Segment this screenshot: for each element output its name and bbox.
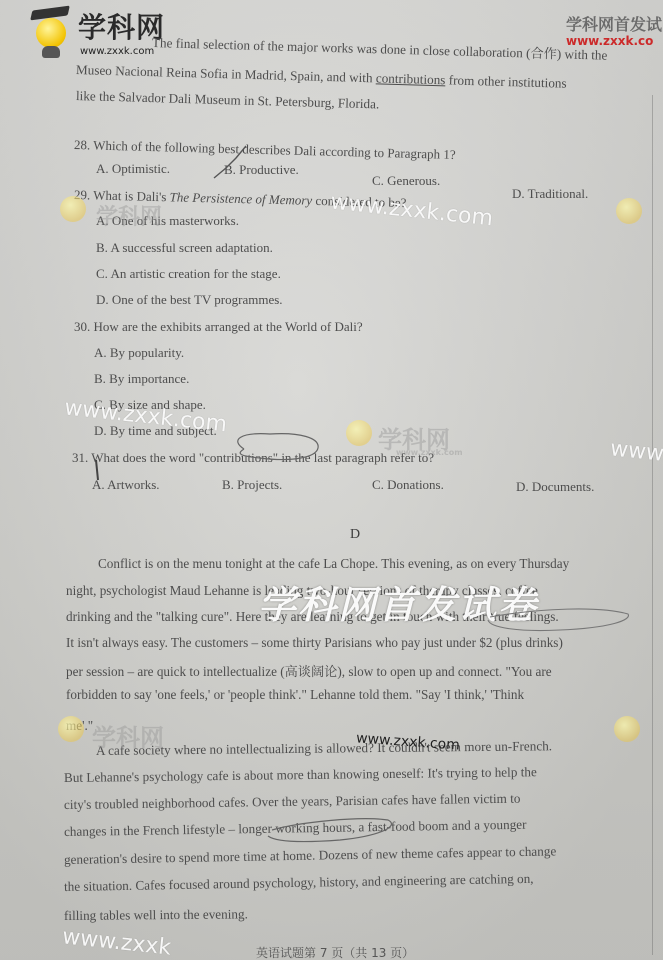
- faint-mascot-icon: [616, 198, 642, 224]
- url-watermark: www.z: [609, 436, 663, 468]
- passage-c-line-1: The final selection of the major works w…: [152, 32, 608, 64]
- passage-d-line-13: the situation. Cafes focused around psyc…: [64, 871, 534, 895]
- mascot-face-icon: [36, 18, 66, 48]
- q31-option-d: D. Documents.: [516, 479, 594, 495]
- passage-d-line-11: changes in the French lifestyle – longer…: [64, 817, 527, 840]
- passage-c-line-3: like the Salvador Dali Museum in St. Pet…: [76, 88, 380, 112]
- faint-logo-watermark: 学科网: [92, 718, 164, 753]
- passage-d-line-10: city's troubled neighborhood cafes. Over…: [64, 791, 521, 813]
- question-number: 28.: [74, 137, 91, 152]
- q28-option-a: A. Optimistic.: [96, 161, 170, 177]
- faint-mascot-icon: [58, 716, 84, 742]
- question-text: How are the exhibits arranged at the Wor…: [94, 319, 363, 334]
- faint-mascot-icon: [60, 196, 86, 222]
- page-footer: 英语试题第 7 页（共 13 页）: [256, 944, 414, 960]
- faint-logo-watermark: 学科网: [96, 200, 162, 231]
- q31-option-b: B. Projects.: [222, 477, 282, 493]
- q28-option-b: B. Productive.: [224, 162, 299, 178]
- passage-d-line-1: Conflict is on the menu tonight at the c…: [98, 556, 569, 572]
- q31-option-a: A. Artworks.: [92, 477, 160, 493]
- logo-url: www.zxxk.com: [80, 46, 154, 57]
- passage-d-line-4: It isn't always easy. The customers – so…: [66, 635, 563, 651]
- faint-mascot-icon: [346, 420, 372, 446]
- q31-option-c: C. Donations.: [372, 477, 444, 493]
- q30-option-a: A. By popularity.: [94, 345, 184, 361]
- q29-option-c: C. An artistic creation for the stage.: [96, 266, 281, 282]
- passage-d-line-6: forbidden to say 'one feels,' or 'people…: [66, 687, 524, 703]
- q29-option-d: D. One of the best TV programmes.: [96, 292, 283, 308]
- top-right-watermark-title: 学科网首发试: [566, 12, 662, 35]
- question-30-stem: 30. How are the exhibits arranged at the…: [74, 319, 363, 335]
- passage-d-line-9: But Lehanne's psychology cafe is about m…: [64, 764, 537, 786]
- q29-option-b: B. A successful screen adaptation.: [96, 240, 273, 256]
- question-text: Which of the following best describes Da…: [93, 138, 456, 162]
- banner-watermark: 学科网首发试卷: [258, 574, 538, 629]
- url-watermark: www.zxxk: [61, 924, 172, 960]
- faint-url-watermark: www.zxxk.com: [396, 448, 463, 457]
- passage-d-line-8: A cafe society where no intellectualizin…: [96, 738, 552, 759]
- q30-option-b: B. By importance.: [94, 371, 189, 387]
- passage-d-line-12: generation's desire to spend more time a…: [64, 843, 557, 868]
- q28-option-c: C. Generous.: [372, 173, 440, 189]
- mascot-body-icon: [42, 46, 60, 58]
- work-title: The Persistence of Memory: [169, 189, 312, 207]
- passage-c-text: from other institutions: [445, 72, 567, 90]
- section-letter: D: [350, 527, 360, 543]
- question-number: 31.: [72, 450, 88, 465]
- underlined-word-contributions: contributions: [376, 70, 446, 87]
- faint-mascot-icon: [614, 716, 640, 742]
- passage-c-text: Museo Nacional Reina Sofia in Madrid, Sp…: [76, 62, 376, 85]
- q28-option-d: D. Traditional.: [512, 186, 588, 202]
- url-watermark: www.zxxk.com: [329, 190, 494, 232]
- passage-d-line-14: filling tables well into the evening.: [64, 906, 248, 924]
- margin-rule: [652, 95, 653, 955]
- passage-d-line-5: per session – are quick to intellectuali…: [66, 661, 552, 680]
- passage-c-line-2: Museo Nacional Reina Sofia in Madrid, Sp…: [76, 62, 567, 92]
- question-number: 30.: [74, 319, 90, 334]
- question-28-stem: 28. Which of the following best describe…: [74, 137, 456, 163]
